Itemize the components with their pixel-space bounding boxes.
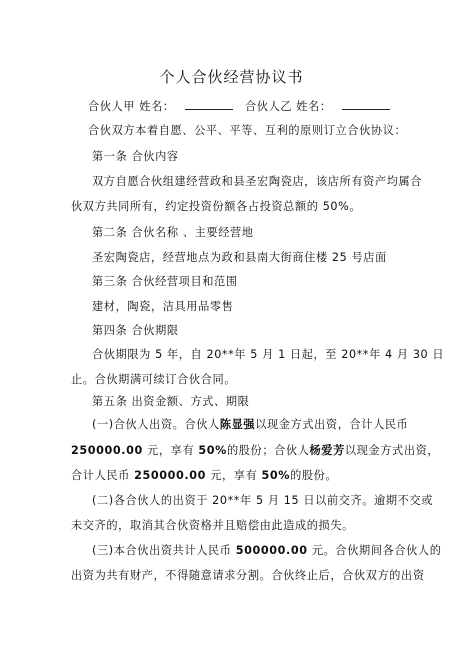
party-b-name-field: 合伙人乙 姓名： [245, 99, 390, 114]
clause-text: 以现金方式出资， [345, 444, 439, 457]
article-1-heading: 第一条 合伙内容 [92, 150, 179, 164]
article-2-heading: 第二条 合伙名称 、主要经营地 [92, 226, 254, 240]
party-b-blank [342, 99, 390, 110]
clause-text: 合计人民币 [71, 469, 134, 482]
article-4-heading: 第四条 合伙期限 [92, 324, 179, 338]
clause-text: 元。合伙期间各合伙人的 [308, 544, 442, 557]
party-a-label: 合伙人甲 姓名： [88, 100, 175, 113]
partner-b-amount: 250000.00 [134, 469, 206, 482]
clause-text: 元，享有 [206, 469, 261, 482]
article-5-clause-1-line1: (一)合伙人出资。合伙人陈显强以现金方式出资，合计人民币 [92, 418, 408, 432]
clause-text: 的股份。 [290, 469, 337, 482]
document-page: 个人合伙经营协议书 合伙人甲 姓名： 合伙人乙 姓名： 合伙双方本着自愿、公平、… [0, 0, 463, 655]
clause-text: 的股份；合伙人 [227, 444, 310, 457]
article-2-text: 圣宏陶瓷店，经营地点为政和县南大街商住楼 25 号店面 [92, 251, 387, 265]
article-3-text: 建材，陶瓷，洁具用品零售 [92, 300, 233, 314]
article-5-clause-2-line1: (二)各合伙人的出资于 20**年 5 月 15 日以前交齐。逾期不交或 [92, 494, 433, 508]
article-5-clause-2-line2: 未交齐的，取消其合伙资格并且赔偿由此造成的损失。 [71, 519, 354, 533]
party-a-name-field: 合伙人甲 姓名： [88, 99, 233, 114]
partner-a-amount: 250000.00 [71, 444, 143, 457]
partner-b-name: 杨爱芳 [310, 444, 345, 457]
article-5-clause-3-line2: 出资为共有财产，不得随意请求分割。合伙终止后，合伙双方的出资 [71, 569, 425, 583]
article-3-heading: 第三条 合伙经营项目和范围 [92, 275, 238, 289]
partner-b-share: 50% [262, 469, 291, 482]
article-4-text-line2: 止。合伙期满可续订合伙合同。 [71, 373, 236, 387]
article-4-text-line1: 合伙期限为 5 年，自 20**年 5 月 1 日起，至 20**年 4 月 3… [92, 348, 444, 362]
article-5-clause-1-line2: 250000.00 元，享有 50%的股份；合伙人杨爱芳以现金方式出资， [71, 444, 439, 458]
article-1-text-line2: 伙双方共同所有，约定投资份额各占投资总额的 50%。 [71, 200, 361, 214]
party-a-blank [185, 99, 233, 110]
clause-text: (三)本合伙出资共计人民币 [92, 544, 236, 557]
clause-text: 以现金方式出资，合计人民币 [255, 418, 408, 431]
partner-a-name: 陈显强 [220, 418, 255, 431]
party-b-label: 合伙人乙 姓名： [245, 100, 332, 113]
clause-text: 元，享有 [143, 444, 198, 457]
clause-text: (一)合伙人出资。合伙人 [92, 418, 220, 431]
article-5-clause-1-line3: 合计人民币 250000.00 元，享有 50%的股份。 [71, 469, 337, 483]
total-amount: 500000.00 [236, 544, 308, 557]
partner-a-share: 50% [198, 444, 227, 457]
preamble: 合伙双方本着自愿、公平、平等、互利的原则订立合伙协议： [88, 124, 406, 138]
article-5-heading: 第五条 出资金额、方式、期限 [92, 395, 249, 409]
article-5-clause-3-line1: (三)本合伙出资共计人民币 500000.00 元。合伙期间各合伙人的 [92, 544, 442, 558]
article-1-text-line1: 双方自愿合伙组建经营政和县圣宏陶瓷店，该店所有资产均属合 [92, 175, 422, 189]
document-title: 个人合伙经营协议书 [0, 66, 463, 87]
